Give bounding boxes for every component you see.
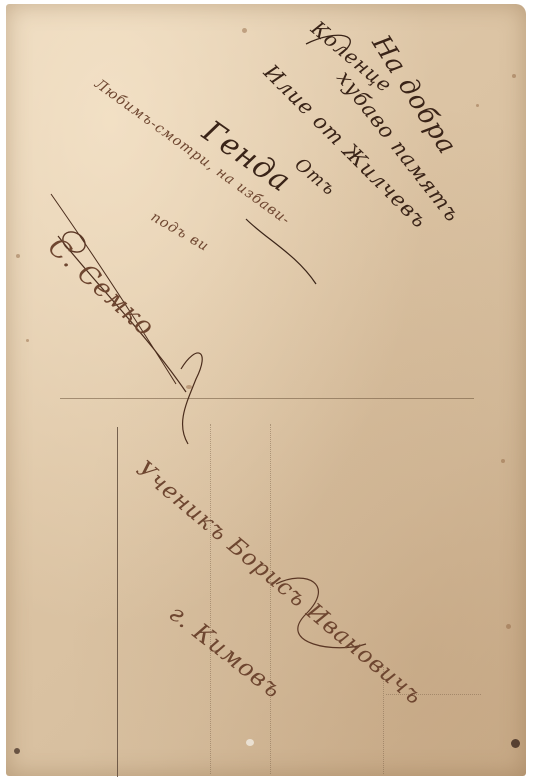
pen-flourishes xyxy=(6,4,526,776)
postcard-back: На добра хубаво памятъ Коленце Илие от Ж… xyxy=(6,4,526,776)
